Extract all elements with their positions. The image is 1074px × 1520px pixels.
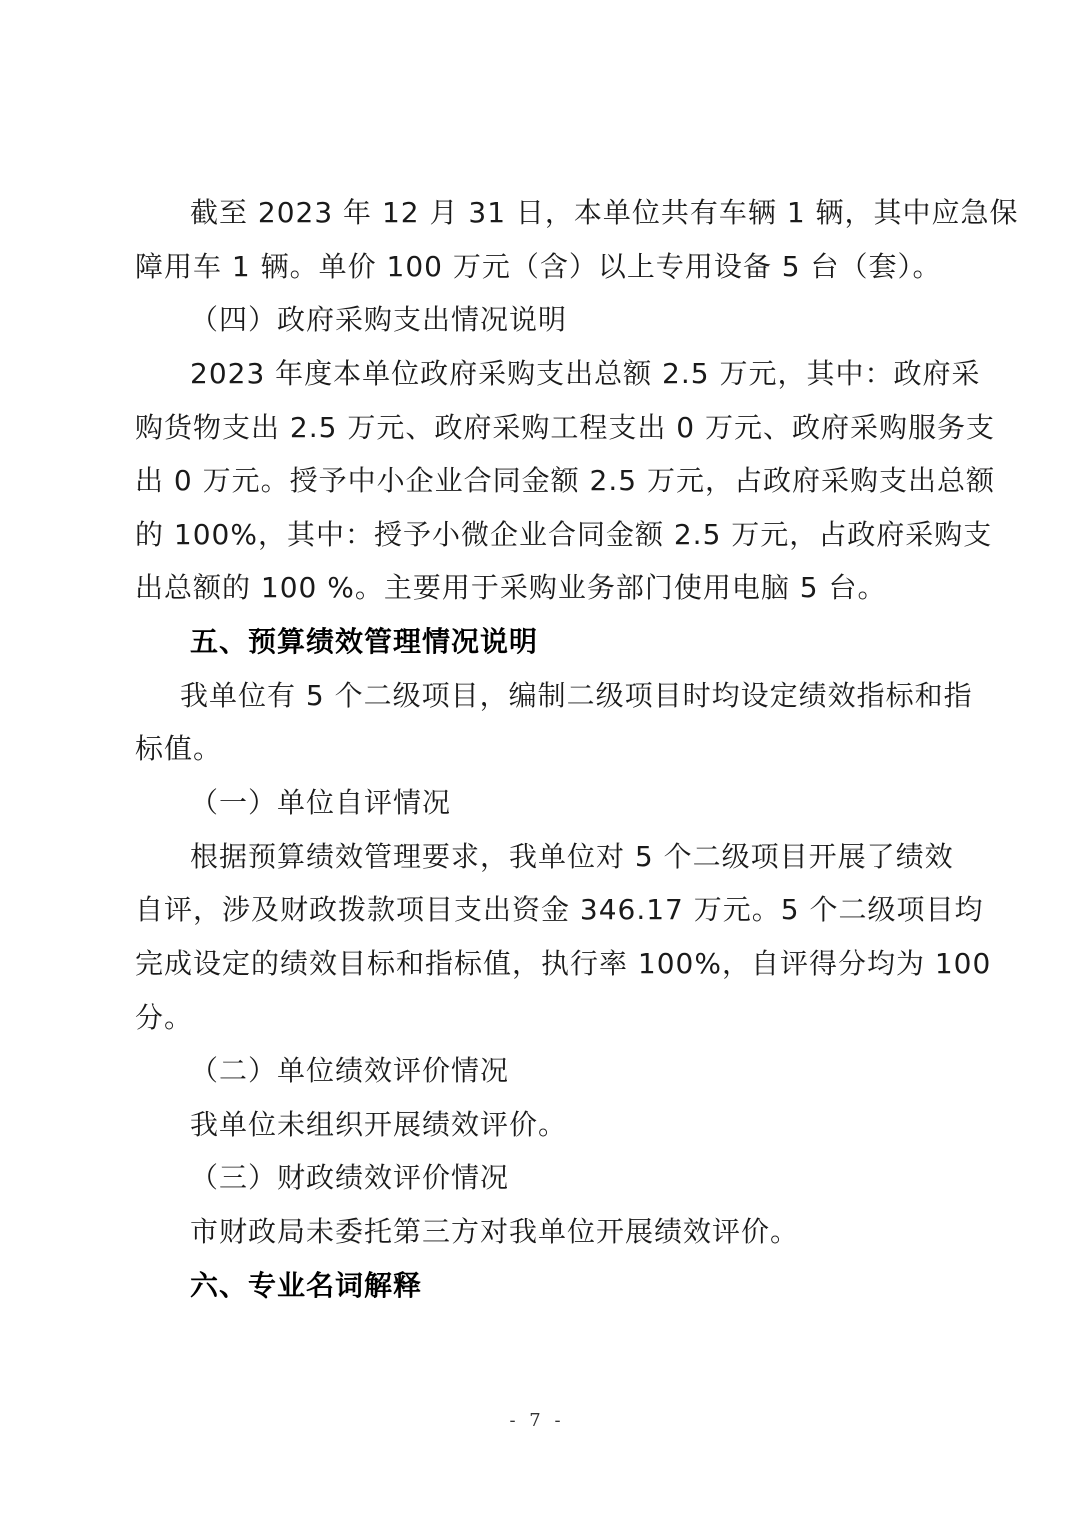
paragraph-self-evaluation-line-2: 自评，涉及财政拨款项目支出资金 346.17 万元。5 个二级项目均 [135,892,945,928]
paragraph-self-evaluation-line-1: 根据预算绩效管理要求，我单位对 5 个二级项目开展了绩效 [190,839,945,875]
paragraph-projects-line-1: 我单位有 5 个二级项目，编制二级项目时均设定绩效指标和指 [180,678,945,714]
paragraph-projects-line-2: 标值。 [135,731,945,767]
paragraph-procurement-line-3: 出 0 万元。授予中小企业合同金额 2.5 万元，占政府采购支出总额 [135,463,945,499]
paragraph-unit-evaluation: 我单位未组织开展绩效评价。 [190,1107,1000,1143]
subheading-fiscal-evaluation: （三）财政绩效评价情况 [190,1160,1000,1196]
section-heading-terminology: 六、专业名词解释 [190,1268,1000,1304]
paragraph-procurement-line-4: 的 100%，其中：授予小微企业合同金额 2.5 万元，占政府采购支 [135,517,945,553]
paragraph-vehicles-line-1: 截至 2023 年 12 月 31 日，本单位共有车辆 1 辆，其中应急保 [190,195,945,231]
subheading-self-evaluation: （一）单位自评情况 [190,785,1000,821]
paragraph-self-evaluation-line-3: 完成设定的绩效目标和指标值，执行率 100%，自评得分均为 100 [135,946,945,982]
paragraph-vehicles-line-2: 障用车 1 辆。单价 100 万元（含）以上专用设备 5 台（套）。 [135,249,945,285]
paragraph-self-evaluation-line-4: 分。 [135,1000,945,1036]
subheading-unit-evaluation: （二）单位绩效评价情况 [190,1053,1000,1089]
paragraph-procurement-line-2: 购货物支出 2.5 万元、政府采购工程支出 0 万元、政府采购服务支 [135,410,945,446]
page-number: - 7 - [0,1410,1074,1431]
paragraph-procurement-line-5: 出总额的 100 %。主要用于采购业务部门使用电脑 5 台。 [135,570,945,606]
paragraph-fiscal-evaluation: 市财政局未委托第三方对我单位开展绩效评价。 [190,1214,1000,1250]
paragraph-procurement-line-1: 2023 年度本单位政府采购支出总额 2.5 万元，其中：政府采 [190,356,945,392]
document-page: 截至 2023 年 12 月 31 日，本单位共有车辆 1 辆，其中应急保 障用… [0,0,1074,1520]
section-heading-performance-management: 五、预算绩效管理情况说明 [190,624,1000,660]
subheading-procurement: （四）政府采购支出情况说明 [190,302,1000,338]
